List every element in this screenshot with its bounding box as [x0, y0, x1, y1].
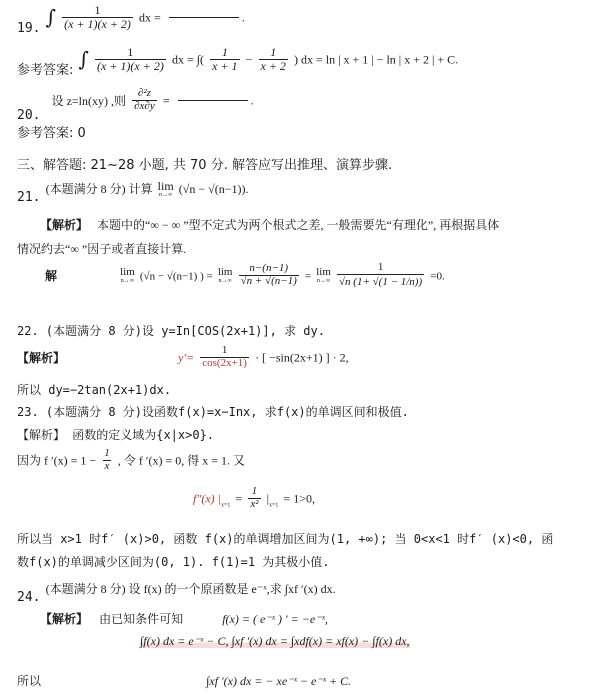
q21-number: 21.	[17, 190, 40, 205]
question-23: 23. (本题满分 8 分)设函数f(x)=x−Inx, 求f(x)的单调区间和…	[17, 403, 409, 420]
q22-analysis: 【解析】 y′= 1 cos(2x+1) · [ −sin(2x+1) ] · …	[17, 345, 349, 369]
q23-second-derivative: f″(x) |x=1 = 1 x² |x=1 = 1>0,	[193, 486, 315, 510]
q24-analysis: 【解析】 由已知条件可知 f(x) = ( e⁻ˣ ) ′ = −e⁻ˣ,	[40, 608, 328, 627]
question-19: 19. ∫ 1 (x + 1)(x + 2) dx = .	[17, 4, 245, 30]
q19-fraction: 1 (x + 1)(x + 2)	[62, 4, 133, 30]
answer-blank	[178, 99, 248, 101]
answer-blank	[169, 16, 239, 18]
q24-number: 24.	[17, 590, 40, 605]
q21-solution: 解 limn→∞ (√n − √(n−1) ) = limn→∞ n−(n−1)…	[45, 262, 445, 288]
q24-line2: ∫f(x) dx = e⁻ˣ − C, ∫xf ′(x) dx = ∫xdf(x…	[140, 634, 410, 649]
q21-analysis-line2: 情况约去“∞ ”因子或者直接计算.	[17, 240, 186, 257]
q20-answer: 参考答案: 0	[17, 122, 86, 141]
question-24: 24. (本题满分 8 分) 设 f(x) 的一个原函数是 e⁻ˣ,求 ∫xf …	[17, 578, 336, 597]
q23-conclusion-1: 所以当 x>1 时f′ (x)>0, 函数 f(x)的单调增加区间为(1, +∞…	[17, 530, 553, 547]
integral-sign: ∫	[78, 47, 88, 71]
q19-answer: 参考答案: ∫ 1 (x + 1)(x + 2) dx = ∫( 1 x + 1…	[17, 46, 458, 72]
q23-because: 因为 f ′(x) = 1 − 1 x , 令 f ′(x) = 0, 得 x …	[17, 448, 245, 472]
integral-sign: ∫	[46, 5, 56, 29]
analysis-label: 【解析】	[40, 218, 88, 232]
section-heading: 三、解答题: 21~28 小题, 共 70 分. 解答应写出推理、演算步骤.	[17, 154, 392, 173]
question-21: 21. (本题满分 8 分) 计算 lim n→∞ (√n − √(n−1)).	[17, 178, 248, 198]
question-22: 22. (本题满分 8 分)设 y=In[COS(2x+1)], 求 dy.	[17, 322, 325, 339]
q23-conclusion-2: 数f(x)的单调减少区间为(0, 1). f(1)=1 为其极小值.	[17, 553, 330, 570]
q21-analysis-line1: 【解析】 本题中的“∞ − ∞ ”型不定式为两个根式之差, 一般需要先“有理化”…	[40, 216, 499, 233]
q19-number: 19.	[17, 21, 40, 36]
question-20: 20. 设 z=ln(xy) ,则 ∂²z ∂x∂y = .	[17, 88, 254, 112]
q24-result: 所以 ∫xf ′(x) dx = − xe⁻ˣ − e⁻ˣ + C.	[17, 670, 351, 689]
q20-number: 20.	[17, 108, 40, 123]
q22-conclusion: 所以 dy=−2tan(2x+1)dx.	[17, 381, 171, 398]
answer-label: 参考答案:	[17, 63, 73, 78]
q23-analysis: 【解析】 函数的定义域为{x|x>0}.	[17, 426, 214, 443]
